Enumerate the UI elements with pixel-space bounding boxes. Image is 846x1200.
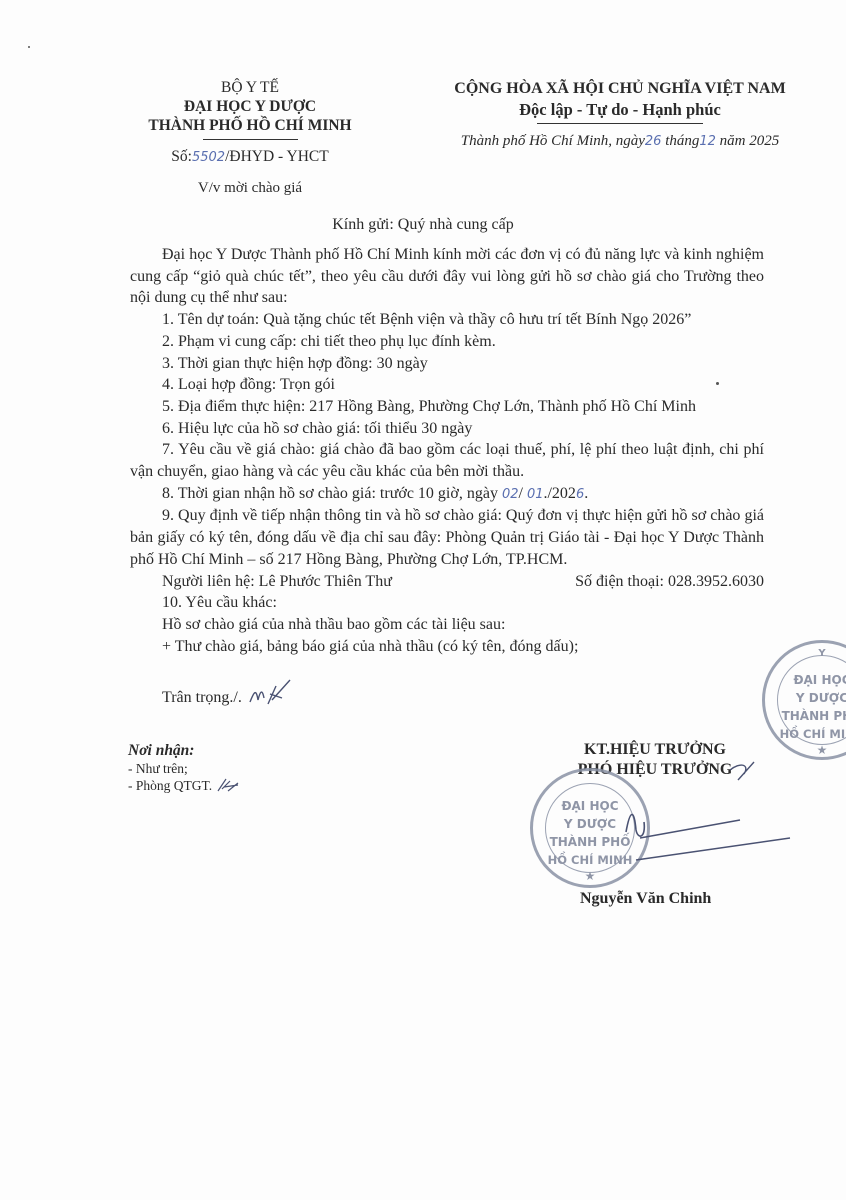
signature-title-1: KT.HIỆU TRƯỞNG — [540, 740, 770, 760]
contact-row: Người liên hệ: Lê Phước Thiên Thư Số điệ… — [130, 571, 764, 593]
signer-name: Nguyễn Văn Chinh — [580, 890, 711, 908]
header-left-divider — [203, 139, 298, 140]
document-date: Thành phố Hồ Chí Minh, ngày26 tháng12 nă… — [420, 130, 820, 153]
recipient-item: - Phòng QTGT. — [128, 777, 240, 794]
recipients-title: Nơi nhận: — [128, 742, 240, 760]
national-motto: Độc lập - Tự do - Hạnh phúc — [420, 99, 820, 121]
intro-paragraph: Đại học Y Dược Thành phố Hồ Chí Minh kín… — [130, 244, 764, 309]
star-icon: ★ — [765, 741, 846, 759]
ministry-name: BỘ Y TẾ — [120, 78, 380, 97]
document-subject: V/v mời chào giá — [120, 177, 380, 199]
partial-stamp: Y ĐẠI HỌC Y DƯỢC THÀNH PHỐ HỒ CHÍ MINH ★ — [762, 640, 846, 760]
handwritten-month: 12 — [699, 134, 716, 149]
handwritten-deadline-day: 02 — [502, 487, 519, 502]
initials-icon — [216, 777, 240, 793]
list-item: 1. Tên dự toán: Quà tặng chúc tết Bệnh v… — [130, 309, 764, 331]
header-left: BỘ Y TẾ ĐẠI HỌC Y DƯỢC THÀNH PHỐ HỒ CHÍ … — [120, 78, 380, 199]
contact-person: Người liên hệ: Lê Phước Thiên Thư — [162, 573, 392, 590]
list-item: 6. Hiệu lực của hồ sơ chào giá: tối thiể… — [130, 418, 764, 440]
recipient-item: - Như trên; — [128, 760, 240, 777]
handwritten-deadline-month: 01 — [527, 487, 544, 502]
list-item: 5. Địa điểm thực hiện: 217 Hồng Bàng, Ph… — [130, 396, 764, 418]
handwritten-signature-icon — [600, 760, 800, 870]
document-number: Số:5502/ĐHYD - YHCT — [120, 146, 380, 169]
initials-signature-icon — [246, 678, 294, 708]
handwritten-day: 26 — [645, 134, 662, 149]
country-name: CỘNG HÒA XÃ HỘI CHỦ NGHĨA VIỆT NAM — [420, 78, 820, 99]
list-item-deadline: 8. Thời gian nhận hồ sơ chào giá: trước … — [130, 483, 764, 506]
header-right-divider — [537, 123, 703, 124]
list-item: 4. Loại hợp đồng: Trọn gói — [130, 374, 764, 396]
header-right: CỘNG HÒA XÃ HỘI CHỦ NGHĨA VIỆT NAM Độc l… — [420, 78, 820, 153]
closing: Trân trọng./. — [130, 678, 764, 709]
university-name-line2: THÀNH PHỐ HỒ CHÍ MINH — [120, 116, 380, 135]
handwritten-deadline-year: 6 — [576, 487, 584, 502]
list-item-other: 10. Yêu cầu khác: — [130, 592, 764, 614]
salutation: Kính gửi: Quý nhà cung cấp — [0, 216, 846, 234]
recipients-block: Nơi nhận: - Như trên; - Phòng QTGT. — [128, 742, 240, 794]
contact-phone: Số điện thoại: 028.3952.6030 — [575, 571, 764, 593]
requirement-line: Hồ sơ chào giá của nhà thầu bao gồm các … — [130, 614, 764, 636]
letter-body: Đại học Y Dược Thành phố Hồ Chí Minh kín… — [130, 244, 764, 709]
requirement-line: + Thư chào giá, bảng báo giá của nhà thầ… — [130, 636, 764, 658]
list-item: 3. Thời gian thực hiện hợp đồng: 30 ngày — [130, 353, 764, 375]
list-item-submission: 9. Quy định về tiếp nhận thông tin và hồ… — [130, 505, 764, 570]
university-name-line1: ĐẠI HỌC Y DƯỢC — [120, 97, 380, 116]
list-item: 2. Phạm vi cung cấp: chi tiết theo phụ l… — [130, 331, 764, 353]
list-item: 7. Yêu cầu về giá chào: giá chào đã bao … — [130, 439, 764, 482]
handwritten-number: 5502 — [192, 150, 225, 165]
